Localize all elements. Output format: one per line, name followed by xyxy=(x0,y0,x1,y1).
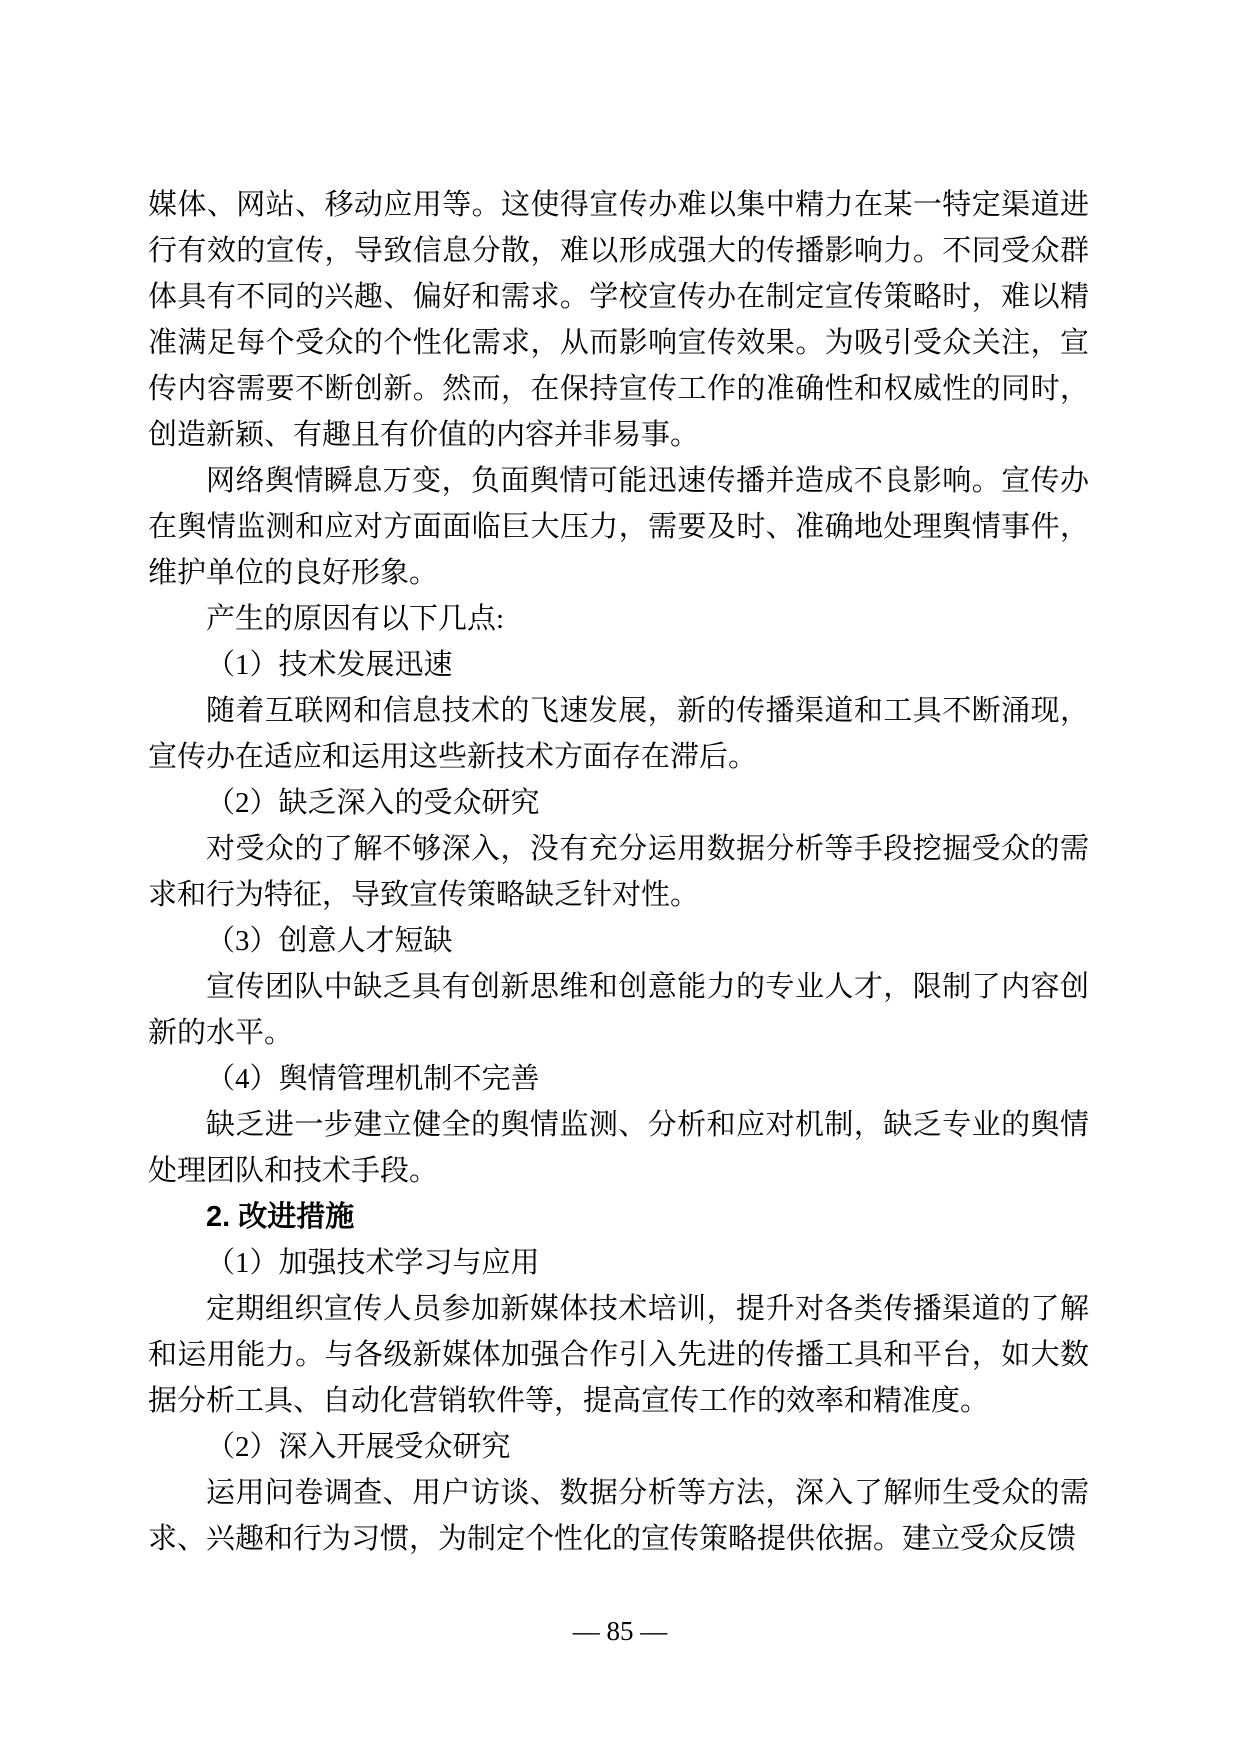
paragraph-continuation: 媒体、网站、移动应用等。这使得宣传办难以集中精力在某一特定渠道进行有效的宣传，导… xyxy=(148,182,1089,458)
paragraph-reason-4: 缺乏进一步建立健全的舆情监测、分析和应对机制，缺乏专业的舆情处理团队和技术手段。 xyxy=(148,1102,1089,1194)
heading-measure-2: （2）深入开展受众研究 xyxy=(148,1424,1089,1470)
heading-reason-1: （1）技术发展迅速 xyxy=(148,642,1089,688)
paragraph-reason-1: 随着互联网和信息技术的飞速发展，新的传播渠道和工具不断涌现，宣传办在适应和运用这… xyxy=(148,688,1089,780)
document-body: 媒体、网站、移动应用等。这使得宣传办难以集中精力在某一特定渠道进行有效的宣传，导… xyxy=(148,182,1089,1562)
page-number: — 85 — xyxy=(573,1616,668,1646)
paragraph-measure-1: 定期组织宣传人员参加新媒体技术培训，提升对各类传播渠道的了解和运用能力。与各级新… xyxy=(148,1286,1089,1424)
paragraph-measure-2: 运用问卷调查、用户访谈、数据分析等方法，深入了解师生受众的需求、兴趣和行为习惯，… xyxy=(148,1470,1089,1562)
heading-reason-2: （2）缺乏深入的受众研究 xyxy=(148,780,1089,826)
heading-measure-1: （1）加强技术学习与应用 xyxy=(148,1240,1089,1286)
heading-reason-4: （4）舆情管理机制不完善 xyxy=(148,1056,1089,1102)
document-page: 媒体、网站、移动应用等。这使得宣传办难以集中精力在某一特定渠道进行有效的宣传，导… xyxy=(0,0,1240,1753)
page-footer: — 85 — xyxy=(0,1616,1240,1647)
section-heading-improvement-measures: 2. 改进措施 xyxy=(148,1194,1089,1240)
paragraph-reasons-intro: 产生的原因有以下几点: xyxy=(148,596,1089,642)
paragraph-reason-3: 宣传团队中缺乏具有创新思维和创意能力的专业人才，限制了内容创新的水平。 xyxy=(148,964,1089,1056)
heading-reason-3: （3）创意人才短缺 xyxy=(148,918,1089,964)
paragraph-reason-2: 对受众的了解不够深入，没有充分运用数据分析等手段挖掘受众的需求和行为特征，导致宣… xyxy=(148,826,1089,918)
paragraph-public-opinion: 网络舆情瞬息万变，负面舆情可能迅速传播并造成不良影响。宣传办在舆情监测和应对方面… xyxy=(148,458,1089,596)
